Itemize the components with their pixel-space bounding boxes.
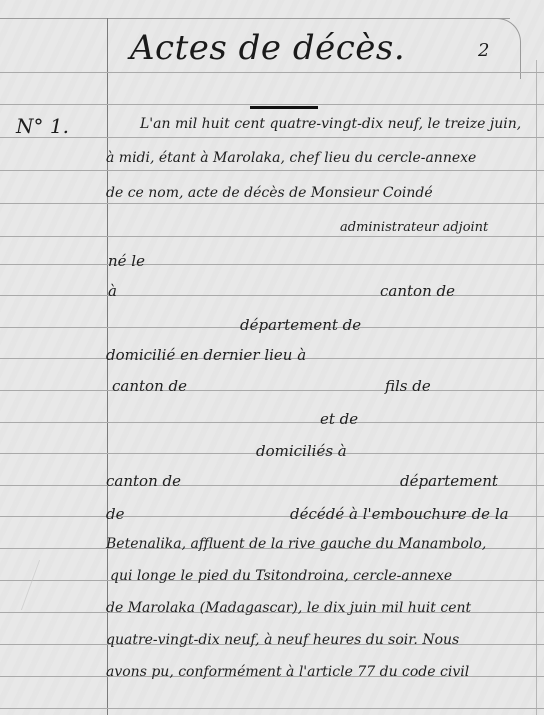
record-line: département de <box>240 316 361 334</box>
ruled-line <box>0 708 544 709</box>
entry-number: N° 1. <box>16 114 69 138</box>
record-line: de Marolaka (Madagascar), le dix juin mi… <box>106 600 471 616</box>
register-page: Actes de décès. 2 N° 1. L'an mil huit ce… <box>0 0 544 715</box>
page-number: 2 <box>478 40 489 61</box>
record-line: de ce nom, acte de décès de Monsieur Coi… <box>106 185 433 201</box>
record-line: L'an mil huit cent quatre-vingt-dix neuf… <box>140 116 521 132</box>
record-line: administrateur adjoint <box>340 220 488 235</box>
ruled-line <box>0 422 544 423</box>
ruled-line <box>0 236 544 237</box>
record-line: canton de <box>380 282 455 300</box>
record-line: quatre-vingt-dix neuf, à neuf heures du … <box>106 632 459 648</box>
top-right-curve <box>420 18 521 79</box>
ruled-line <box>0 264 544 265</box>
record-line: à <box>108 282 117 300</box>
record-line: département <box>400 472 498 490</box>
record-line: de <box>106 505 124 523</box>
page-title: Actes de décès. <box>130 28 410 68</box>
ruled-line <box>0 170 544 171</box>
record-line: domiciliés à <box>256 442 347 460</box>
record-line: à midi, étant à Marolaka, chef lieu du c… <box>106 150 476 166</box>
ruled-line <box>0 203 544 204</box>
right-edge-line <box>536 60 537 715</box>
ruled-line <box>0 72 544 73</box>
ruled-line <box>0 295 544 296</box>
record-line: qui longe le pied du Tsitondroina, cercl… <box>110 568 452 584</box>
ruled-line <box>0 137 544 138</box>
record-line: canton de <box>112 377 187 395</box>
record-line: domicilié en dernier lieu à <box>106 346 306 364</box>
record-line: né le <box>108 252 145 270</box>
record-line: et de <box>320 410 358 428</box>
record-line: canton de <box>106 472 181 490</box>
ruled-line <box>0 390 544 391</box>
record-line: Betenalika, affluent de la rive gauche d… <box>106 536 486 552</box>
record-line: fils de <box>385 377 431 395</box>
ruled-line <box>0 104 544 105</box>
faint-pencil-mark <box>21 560 80 610</box>
record-line: avons pu, conformément à l'article 77 du… <box>106 664 469 680</box>
record-line: décédé à l'embouchure de la <box>290 505 509 523</box>
title-underline <box>250 106 318 109</box>
